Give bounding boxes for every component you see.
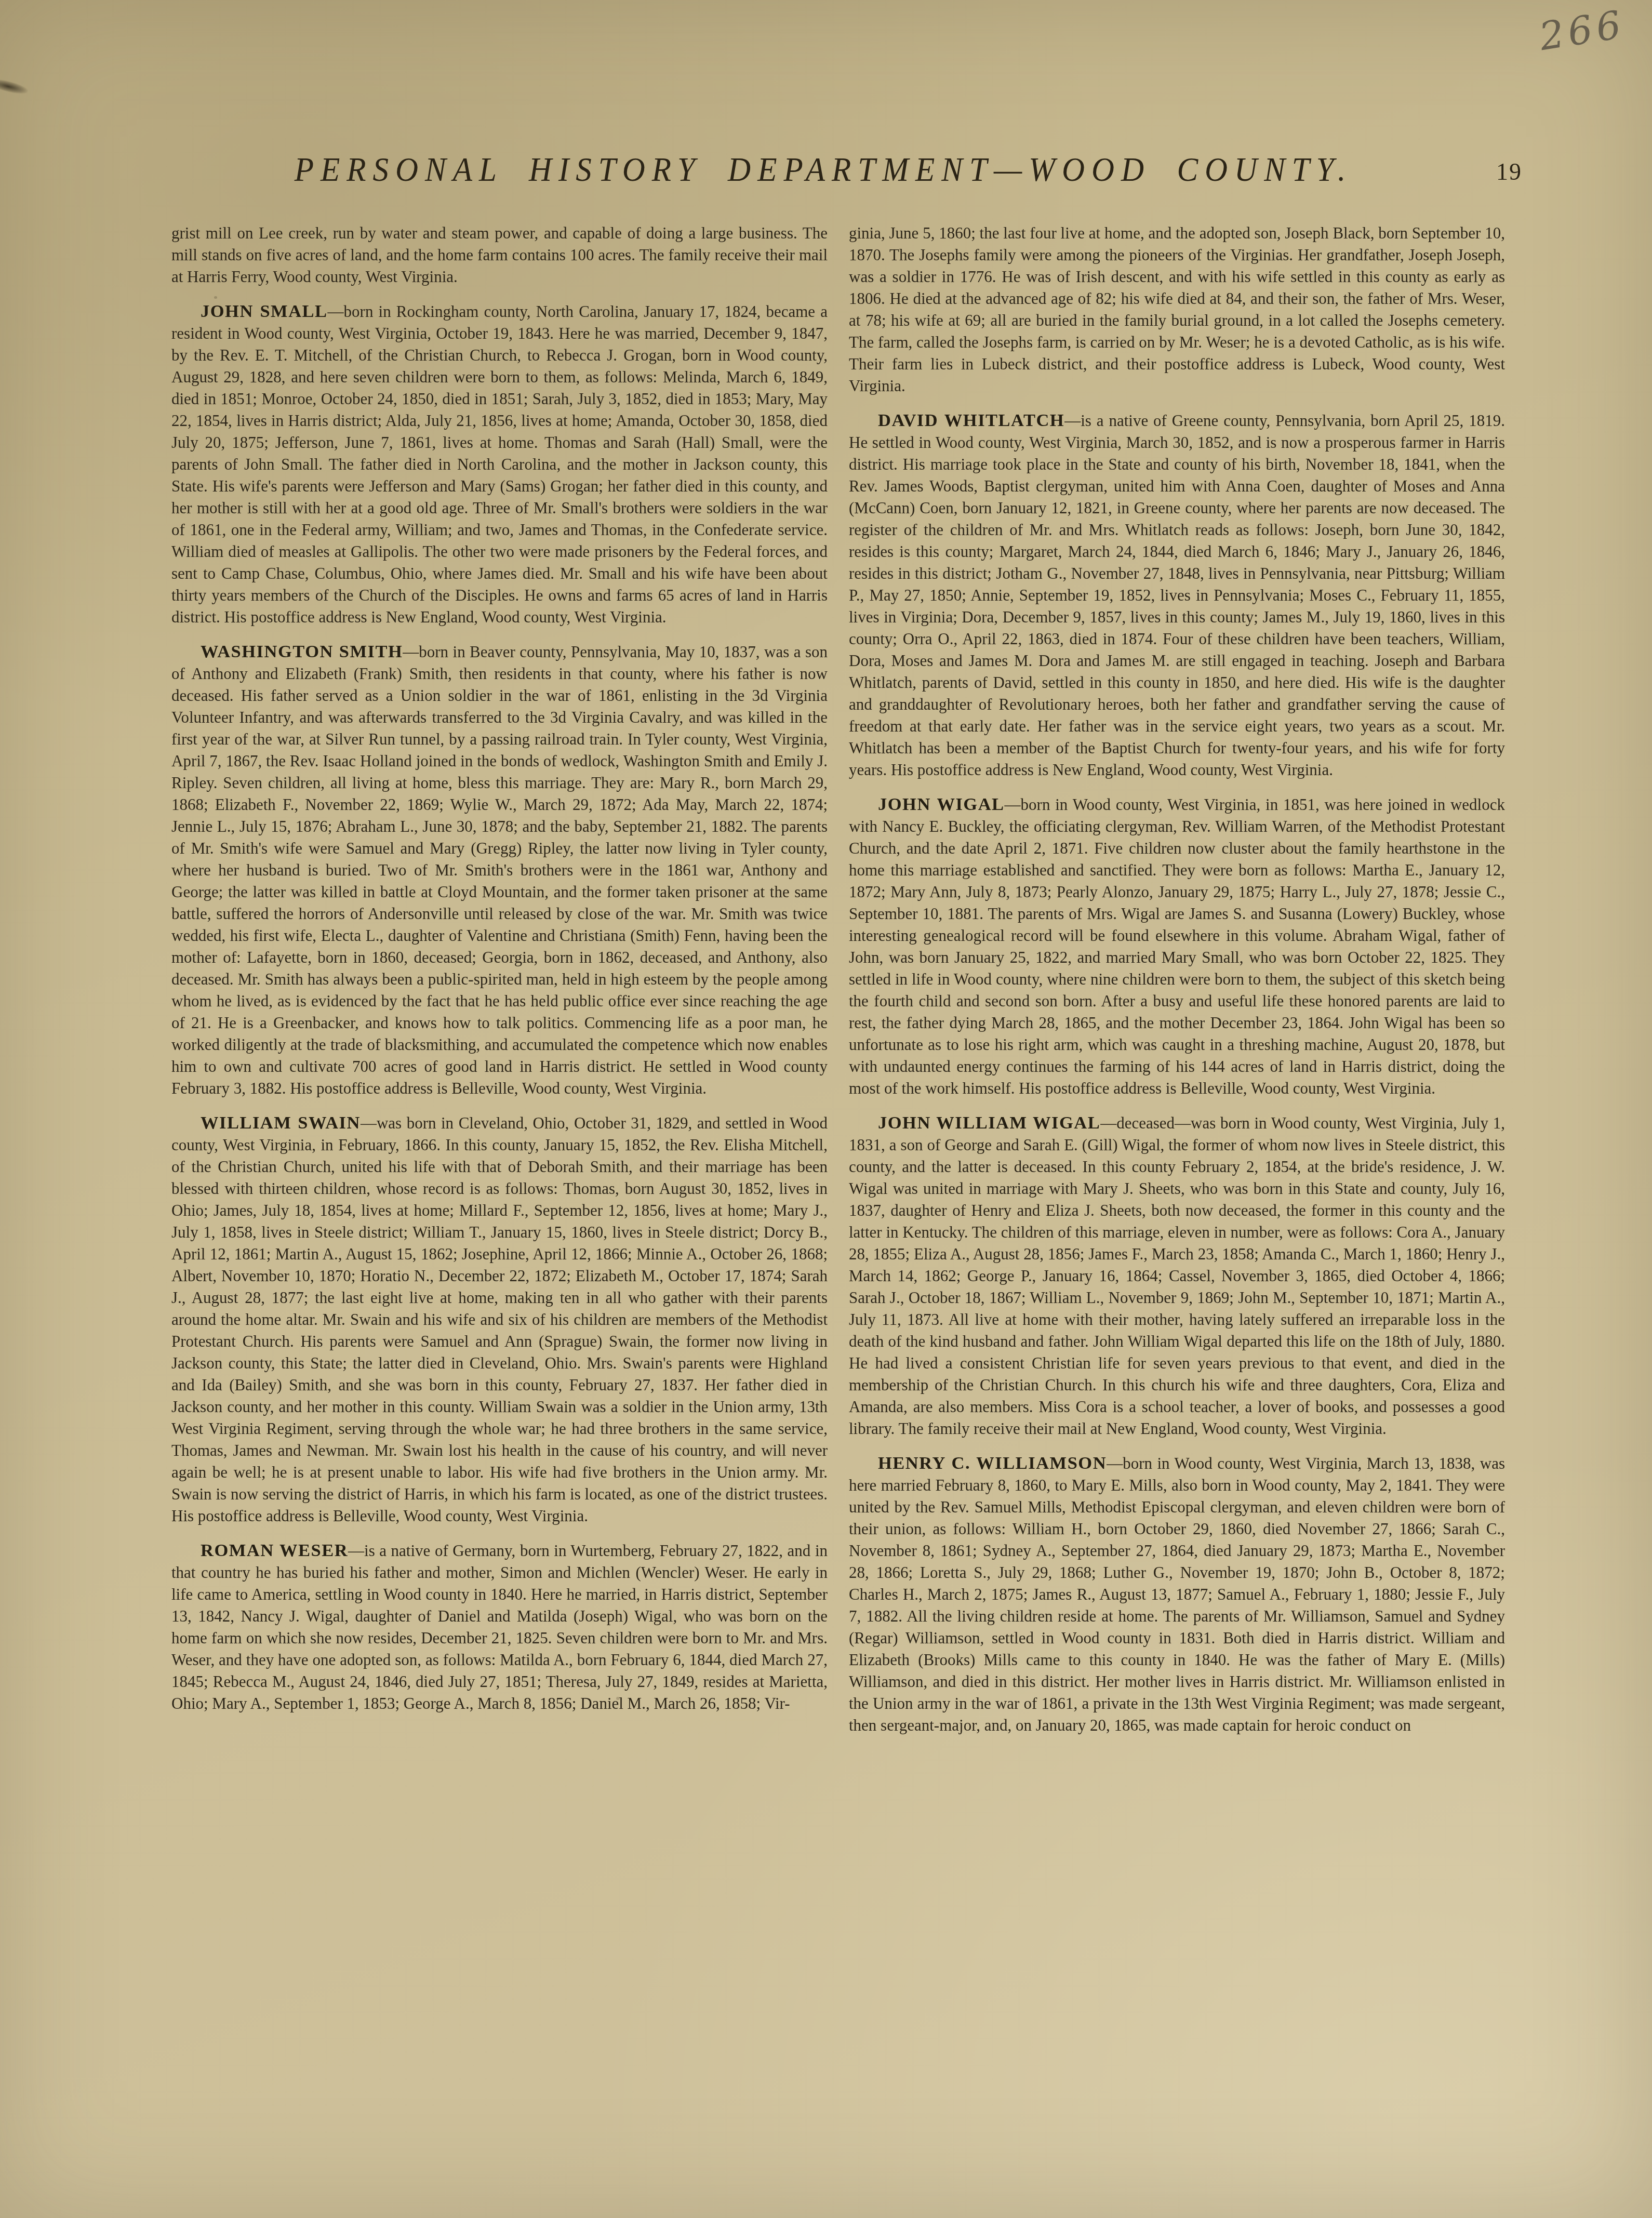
page-header: PERSONAL HISTORY DEPARTMENT—WOOD COUNTY.…: [171, 152, 1522, 188]
page-title: PERSONAL HISTORY DEPARTMENT—WOOD COUNTY.: [171, 150, 1475, 190]
bio-entry-william-swain: WILLIAM SWAIN—was born in Cleveland, Ohi…: [171, 1112, 828, 1527]
entry-name: HENRY C. WILLIAMSON: [878, 1453, 1107, 1473]
bio-continuation-roman-weser: ginia, June 5, 1860; the last four live …: [849, 222, 1505, 397]
entry-name: DAVID WHITLATCH: [878, 410, 1064, 430]
handwritten-folio-number: 266: [1536, 2, 1628, 60]
entry-text: ginia, June 5, 1860; the last four live …: [849, 224, 1505, 395]
bio-entry-roman-weser: ROMAN WESER—is a native of Germany, born…: [171, 1539, 828, 1715]
entry-name: WASHINGTON SMITH: [201, 642, 403, 661]
entry-name: JOHN SMALL: [201, 301, 328, 321]
entry-text: —born in Rockingham county, North Caroli…: [171, 302, 828, 626]
entry-name: JOHN WIGAL: [878, 794, 1005, 814]
entry-name: WILLIAM SWAIN: [201, 1113, 361, 1133]
entry-text: —born in Wood county, West Virginia, Mar…: [849, 1454, 1505, 1734]
entry-name: JOHN WILLIAM WIGAL: [878, 1113, 1100, 1133]
book-page-scan: 266 PERSONAL HISTORY DEPARTMENT—WOOD COU…: [0, 0, 1652, 2218]
entry-text: —is a native of Greene county, Pennsylva…: [849, 411, 1505, 779]
bio-continuation-grist-mill: grist mill on Lee creek, run by water an…: [171, 222, 828, 288]
bio-entry-washington-smith: WASHINGTON SMITH—born in Beaver county, …: [171, 641, 828, 1099]
ink-smudge: [0, 78, 29, 97]
bio-entry-john-william-wigal: JOHN WILLIAM WIGAL—deceased—was born in …: [849, 1112, 1505, 1440]
bio-entry-david-whitlatch: DAVID WHITLATCH—is a native of Greene co…: [849, 409, 1505, 781]
left-column: grist mill on Lee creek, run by water an…: [171, 222, 828, 1715]
entry-text: —deceased—was born in Wood county, West …: [849, 1114, 1505, 1438]
entry-text: grist mill on Lee creek, run by water an…: [171, 224, 828, 286]
page-number: 19: [1475, 158, 1522, 185]
entry-text: —is a native of Germany, born in Wurtemb…: [171, 1542, 828, 1712]
entry-text: —born in Wood county, West Virginia, in …: [849, 795, 1505, 1097]
bio-entry-john-small: JOHN SMALL—born in Rockingham county, No…: [171, 300, 828, 628]
bio-entry-john-wigal: JOHN WIGAL—born in Wood county, West Vir…: [849, 793, 1505, 1099]
entry-text: —was born in Cleveland, Ohio, October 31…: [171, 1114, 828, 1525]
entry-text: —born in Beaver county, Pennsylvania, Ma…: [171, 643, 828, 1097]
entry-name: ROMAN WESER: [201, 1540, 348, 1560]
bio-entry-henry-c-williamson: HENRY C. WILLIAMSON—born in Wood county,…: [849, 1452, 1505, 1736]
right-column: ginia, June 5, 1860; the last four live …: [849, 222, 1505, 1736]
